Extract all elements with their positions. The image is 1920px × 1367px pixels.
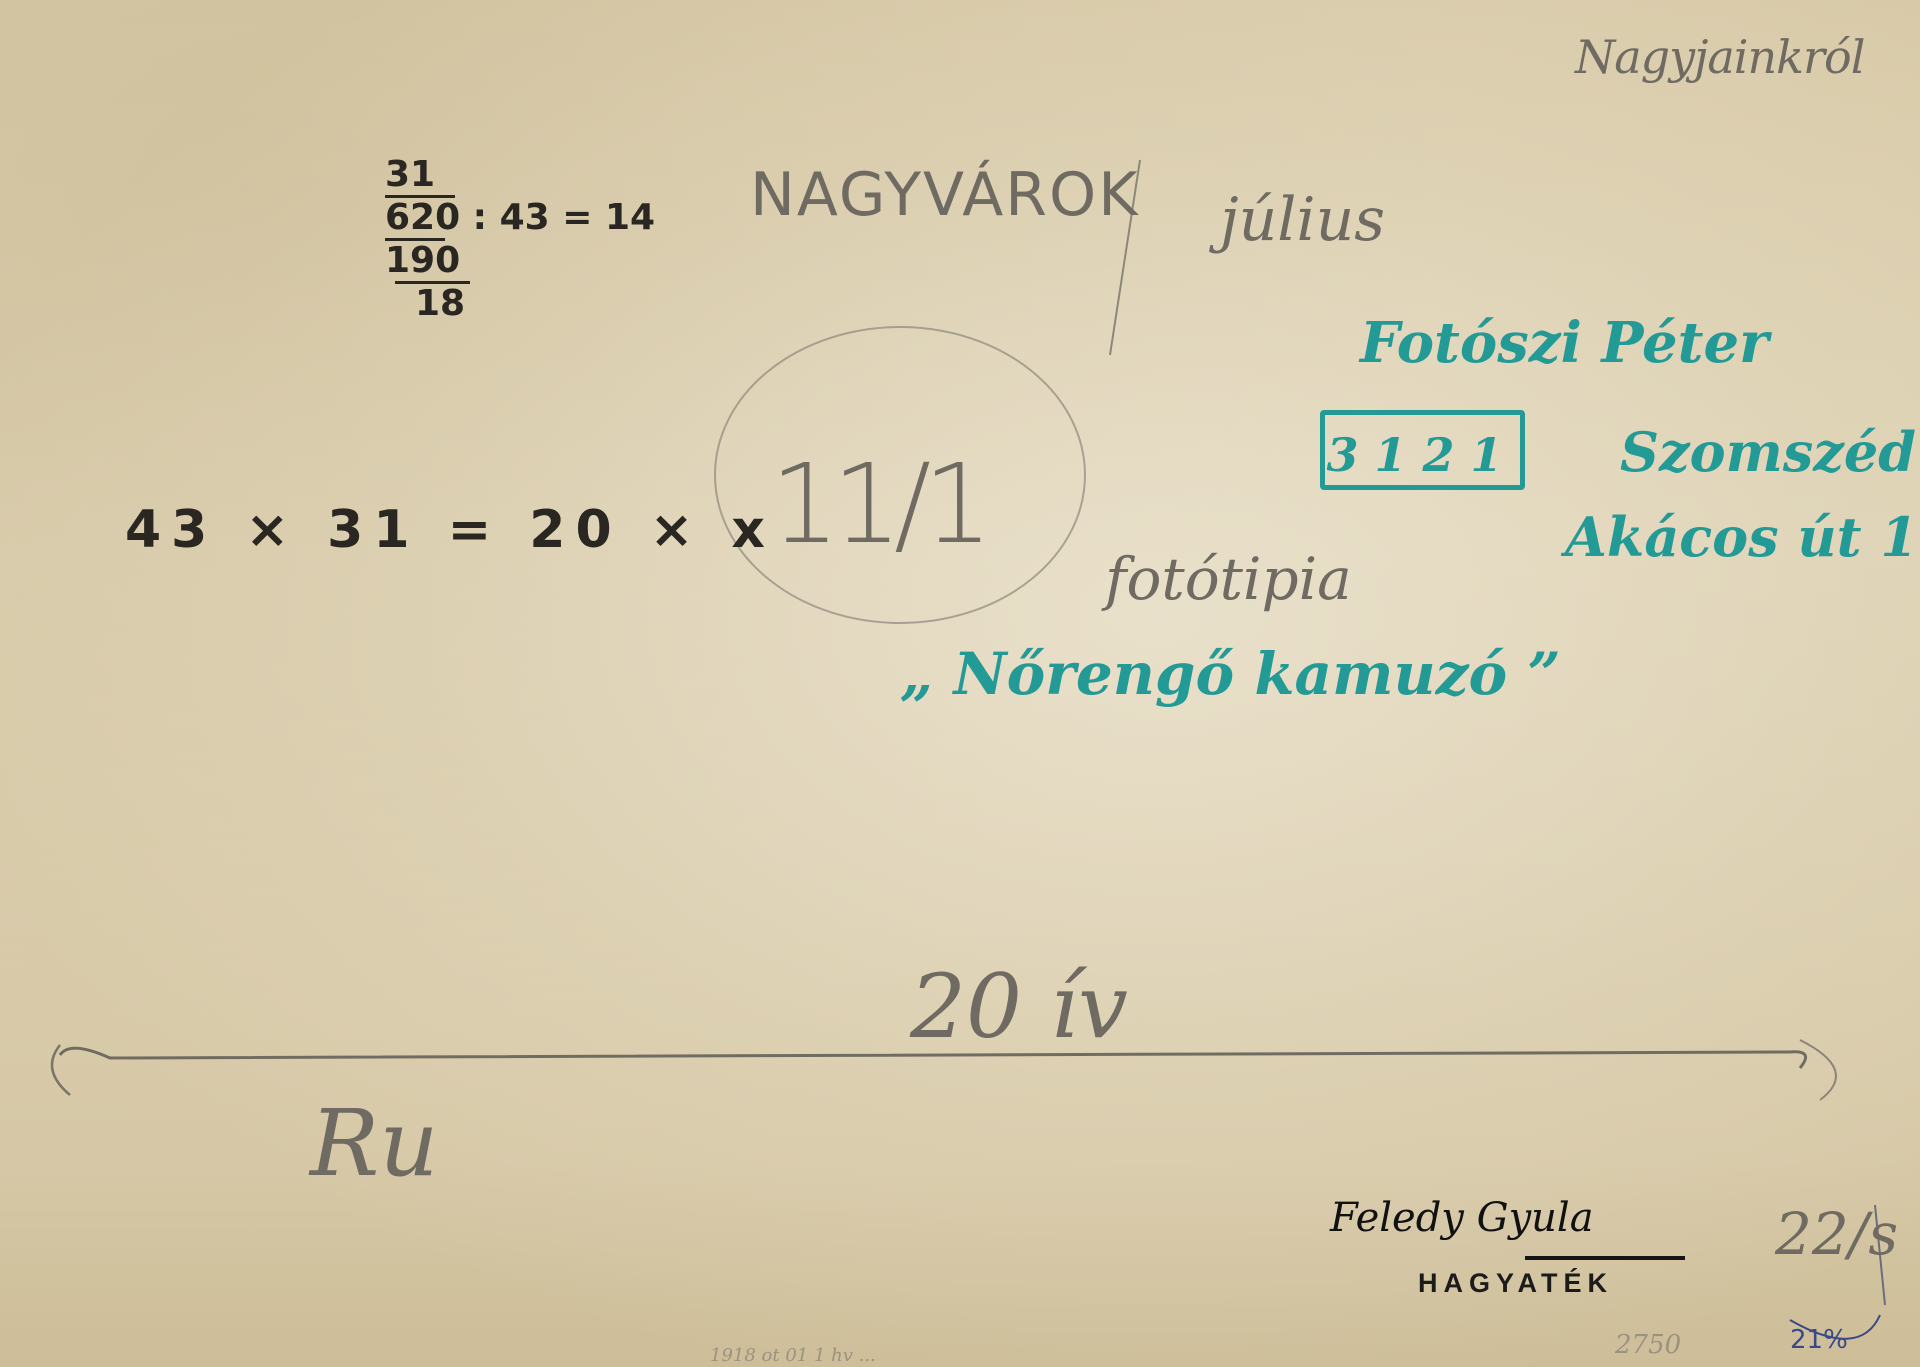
count-note: 20 ív — [910, 955, 1128, 1058]
bracket-right-end — [1800, 1040, 1836, 1100]
pencil-word: fotótipia — [1105, 545, 1352, 613]
top-right-note: Nagyjainkról — [1575, 30, 1864, 84]
stamp-label: HAGYATÉK — [1418, 1268, 1613, 1299]
faint-reference: 2750 — [1615, 1330, 1681, 1360]
initials-signature: Ru — [310, 1090, 439, 1197]
crossed-reference: 21% — [1790, 1325, 1848, 1355]
header-title: NAGYVÁROK — [750, 160, 1140, 230]
header-month: július — [1220, 185, 1385, 255]
boxed-code: 3121 — [1320, 410, 1525, 490]
fraction-mark: 11/1 — [770, 440, 985, 568]
teal-quote: „ Nőrengő kamuzó ” — [900, 640, 1561, 708]
stamp-underline — [1525, 1256, 1685, 1260]
division-line-1: 620 : 43 = 14 — [385, 198, 655, 238]
teal-city: Szomszéd — [1620, 420, 1916, 484]
bottom-faint-text: 1918 ot 01 1 hv ... — [710, 1345, 876, 1366]
division-line-2: 190 — [385, 241, 655, 281]
reference-number: 22/s — [1775, 1200, 1898, 1268]
division-calculation: 31 620 : 43 = 14 190 18 — [385, 155, 655, 324]
division-prefix: 31 — [385, 155, 655, 195]
equation: 43 × 31 = 20 × x — [125, 500, 775, 560]
document-sheet: Nagyjainkról 31 620 : 43 = 14 190 18 NAG… — [0, 0, 1920, 1367]
teal-street: Akácos út 1 — [1565, 505, 1918, 569]
teal-name: Fotószi Péter — [1360, 310, 1769, 376]
stamp-signature: Feledy Gyula — [1330, 1195, 1594, 1241]
division-line-3: 18 — [385, 284, 655, 324]
